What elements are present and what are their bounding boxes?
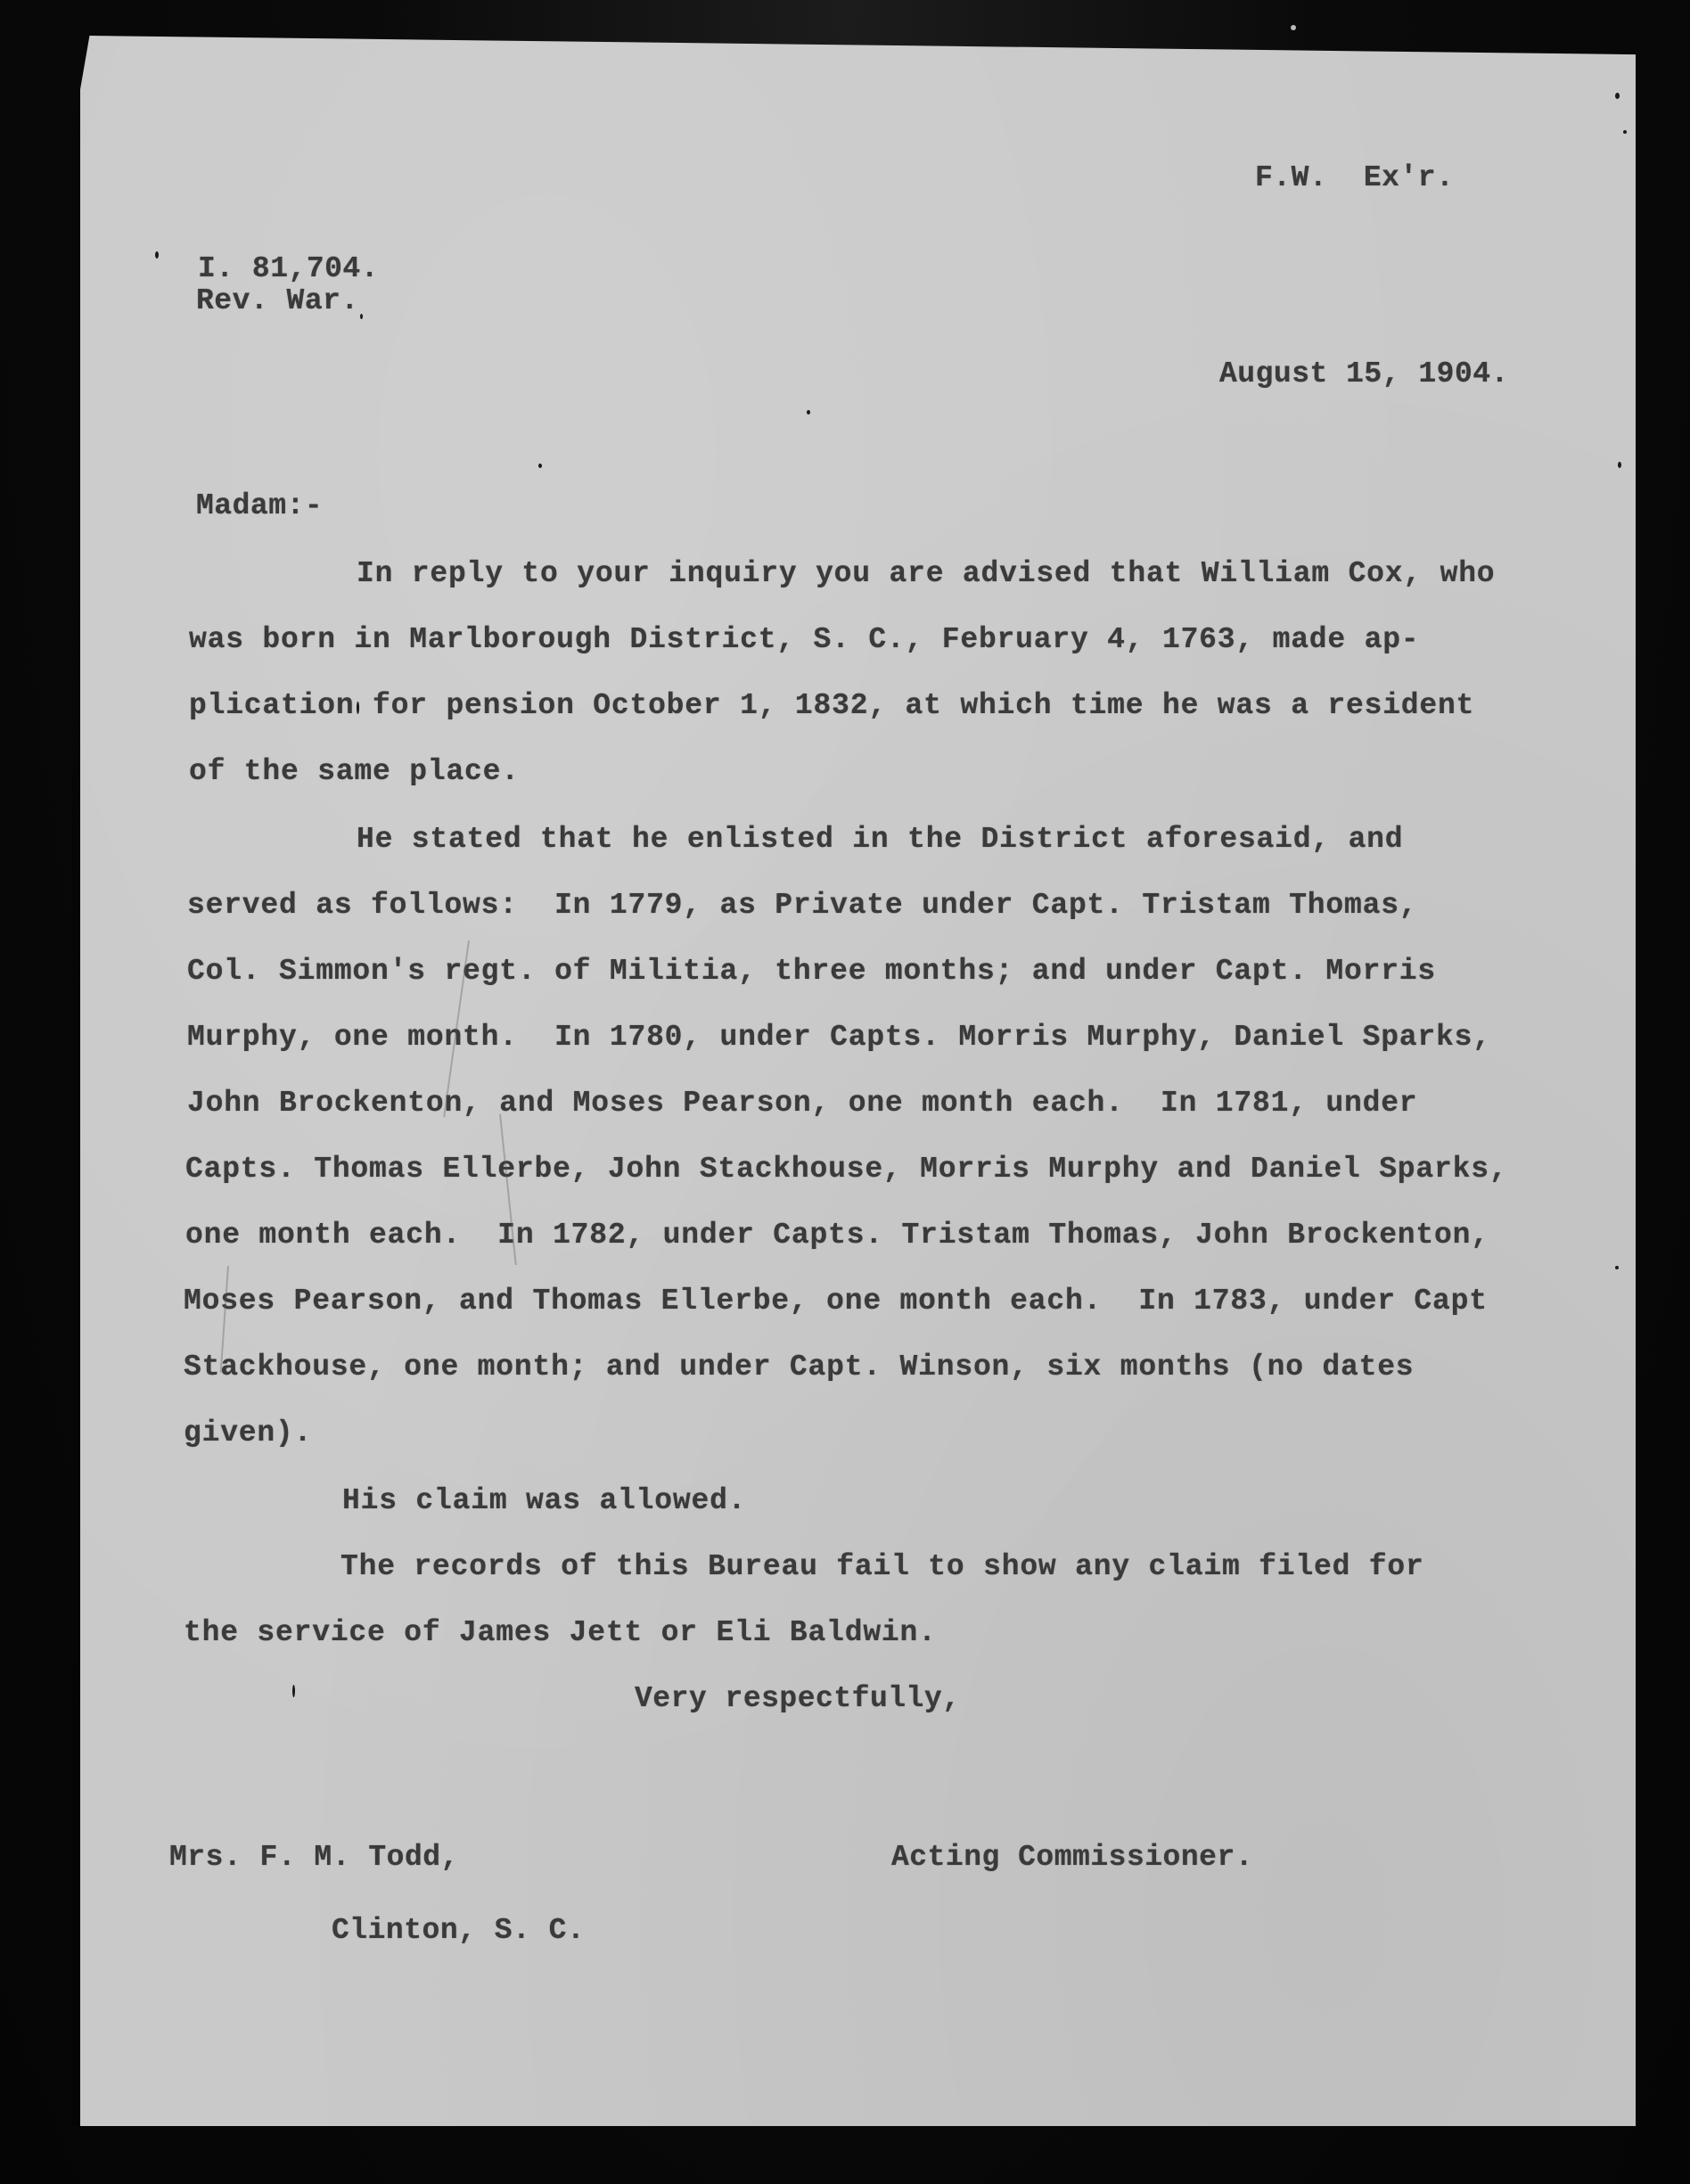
file-number: I. 81,704. [198,251,379,287]
scan-speck [155,251,159,259]
body-line: Moses Pearson, and Thomas Ellerbe, one m… [184,1284,1488,1319]
body-line: plication for pension October 1, 1832, a… [189,688,1474,724]
scan-speck [1618,462,1621,468]
body-line: was born in Marlborough District, S. C.,… [189,622,1419,658]
body-line: Col. Simmon's regt. of Militia, three mo… [187,954,1436,989]
scan-speck [1615,93,1620,99]
body-line: of the same place. [189,754,520,790]
scan-speck [360,314,363,319]
signature-title: Acting Commissioner. [891,1840,1253,1876]
body-line: John Brockenton, and Moses Pearson, one … [187,1086,1417,1121]
body-line: The records of this Bureau fail to show … [340,1549,1424,1585]
body-line: In reply to your inquiry you are advised… [357,556,1495,592]
scan-speck [357,702,359,714]
scan-frame: F.W. Ex'r. I. 81,704. Rev. War. August 1… [0,0,1690,2184]
body-line: served as follows: In 1779, as Private u… [187,888,1417,924]
closing: Very respectfully, [635,1681,960,1717]
salutation: Madam:- [196,489,323,524]
scan-speck [1615,1266,1619,1269]
body-line: Capts. Thomas Ellerbe, John Stackhouse, … [185,1152,1507,1187]
office-initials: F.W. Ex'r. [1255,160,1454,196]
scan-speck [807,410,810,415]
addressee-name: Mrs. F. M. Todd, [169,1840,459,1876]
scan-speck [1291,25,1296,30]
scan-speck [538,464,542,468]
body-line: He stated that he enlisted in the Distri… [357,822,1403,858]
body-line: His claim was allowed. [342,1483,746,1519]
war-reference: Rev. War. [196,283,359,319]
body-line: given). [184,1416,312,1451]
body-line: one month each. In 1782, under Capts. Tr… [185,1218,1489,1253]
addressee-location: Clinton, S. C. [332,1913,585,1949]
body-line: Murphy, one month. In 1780, under Capts.… [187,1020,1491,1055]
body-line: Stackhouse, one month; and under Capt. W… [184,1350,1414,1385]
scan-speck [1623,130,1627,134]
body-line: the service of James Jett or Eli Baldwin… [184,1615,937,1651]
scan-speck [292,1685,295,1697]
letter-date: August 15, 1904. [1219,357,1509,392]
letter-page [80,36,1636,2126]
